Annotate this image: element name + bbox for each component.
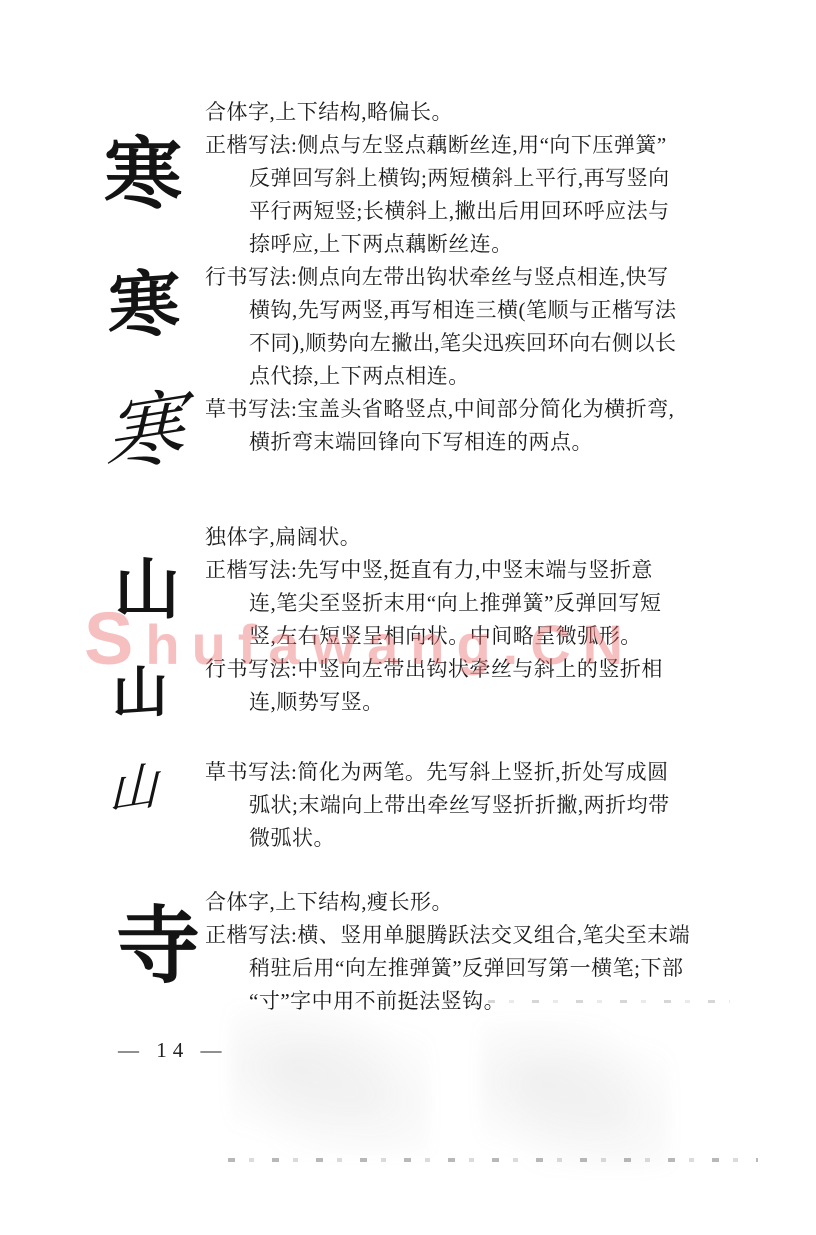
scanned-book-page: Shufawang.CN 寒 寒 寒 山 山 山 寺 合体字,上下结构,略偏长。… bbox=[0, 0, 816, 1235]
specimen-char-shan-running: 山 bbox=[112, 664, 168, 724]
section-shan: 独体字,扁阔状。 正楷写法:先写中竖,挺直有力,中竖末端与竖折意 连,笔尖至竖折… bbox=[205, 521, 745, 855]
specimen-char-shan-regular: 山 bbox=[114, 558, 180, 624]
cursive-script-method-paragraph: 草书写法:宝盖头省略竖点,中间部分简化为横折弯, 横折弯末端回锋向下写相连的两点… bbox=[205, 393, 745, 459]
scan-noise-line bbox=[400, 1000, 730, 1003]
scan-ghost-artifact bbox=[480, 1020, 670, 1170]
regular-script-method-paragraph: 正楷写法:侧点与左竖点藕断丝连,用“向下压弹簧” 反弹回写斜上横钩;两短横斜上平… bbox=[205, 129, 745, 261]
scan-ghost-artifact bbox=[230, 1005, 430, 1155]
specimen-char-han-running: 寒 bbox=[108, 267, 180, 344]
specimen-char-shan-cursive: 山 bbox=[108, 760, 157, 818]
section-han: 合体字,上下结构,略偏长。 正楷写法:侧点与左竖点藕断丝连,用“向下压弹簧” 反… bbox=[205, 96, 745, 459]
structure-intro-line: 合体字,上下结构,瘦长形。 bbox=[205, 886, 745, 919]
running-script-method-paragraph: 行书写法:侧点向左带出钩状牵丝与竖点相连,快写 横钩,先写两竖,再写相连三横(笔… bbox=[205, 261, 745, 393]
site-watermark: Shufawang.CN bbox=[84, 596, 744, 681]
structure-intro-line: 合体字,上下结构,略偏长。 bbox=[205, 96, 745, 129]
section-si: 合体字,上下结构,瘦长形。 正楷写法:横、竖用单腿腾跃法交叉组合,笔尖至末端 稍… bbox=[205, 886, 745, 1018]
specimen-char-han-regular: 寒 bbox=[104, 136, 182, 214]
regular-script-method-paragraph: 正楷写法:横、竖用单腿腾跃法交叉组合,笔尖至末端 稍驻后用“向左推弹簧”反弹回写… bbox=[205, 919, 745, 1018]
specimen-char-si-regular: 寺 bbox=[116, 906, 200, 990]
page-number: — 14 — bbox=[118, 1038, 228, 1063]
scan-noise-line bbox=[228, 1158, 758, 1162]
structure-intro-line: 独体字,扁阔状。 bbox=[205, 521, 745, 554]
specimen-char-han-cursive: 寒 bbox=[104, 387, 183, 481]
cursive-script-method-paragraph: 草书写法:简化为两笔。先写斜上竖折,折处写成圆 弧状;末端向上带出牵丝写竖折折撇… bbox=[205, 756, 745, 855]
